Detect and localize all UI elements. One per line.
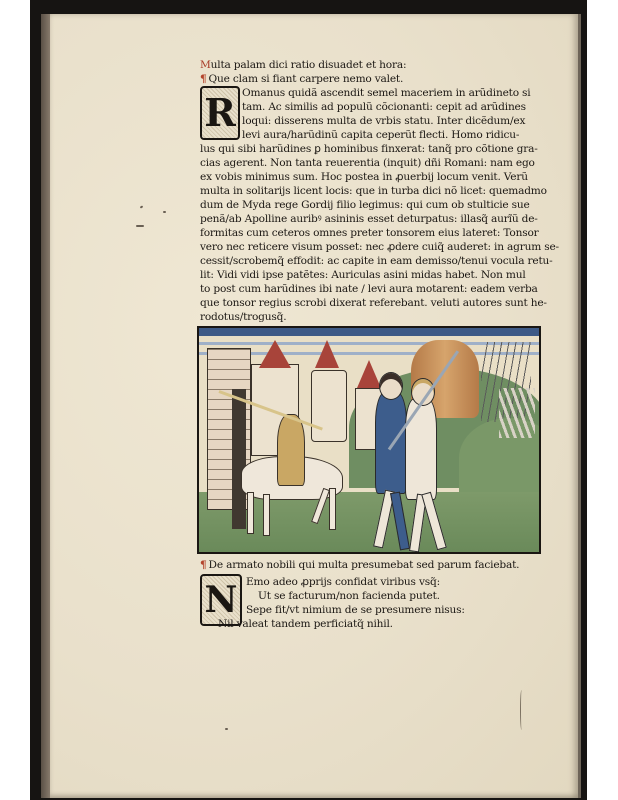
illustration-caption: ¶De armato nobili qui multa presumebat s… xyxy=(200,558,545,572)
prose-line: cias agerent. Non tanta reuerentia (inqu… xyxy=(200,156,545,170)
man-in-white xyxy=(405,398,437,500)
prose-line: dum de Myda rege Gordij filio legimus: q… xyxy=(200,198,545,212)
prose-line: penã/ab Apolline auribꝰ asininis esset d… xyxy=(200,212,545,226)
horse-leg xyxy=(247,492,254,534)
caption-line: ¶De armato nobili qui multa presumebat s… xyxy=(200,558,545,572)
caption-text: De armato nobili qui multa presumebat se… xyxy=(209,559,520,571)
red-roof xyxy=(357,360,381,388)
header-line-2: ¶Que clam si fiant carpere nemo valet. xyxy=(200,72,545,86)
prose-line: formitas cum ceteros omnes preter tonsor… xyxy=(200,226,545,240)
gate-doorway xyxy=(232,389,246,529)
pilcrow-rubric: ¶ xyxy=(200,559,207,571)
verse-line: Nil valeat tandem perficiatq̃ nihil. xyxy=(200,617,545,631)
prose-line: tam. Ac similis ad populũ cõcionanti: ce… xyxy=(200,100,545,114)
distant-soldiers xyxy=(499,388,535,438)
horse-leg xyxy=(329,488,336,530)
prose-line: cessit/scrobemq̃ effodit: ac capite in e… xyxy=(200,254,545,268)
red-roof xyxy=(315,340,339,368)
prose-line: vero nec reticere visum posset: nec ꝓder… xyxy=(200,240,545,254)
prose-line: rodotus/trogusq̃. xyxy=(200,310,545,324)
prose-line: ex vobis minimus sum. Hoc postea in ꝓuer… xyxy=(200,170,545,184)
woodcut-illustration xyxy=(197,326,541,554)
prose-line: que tonsor regius scrobi dixerat refereb… xyxy=(200,296,545,310)
paper-speck xyxy=(225,728,228,730)
paper-speck xyxy=(136,225,144,227)
prose-line: lus qui sibi harũdines ꝑ hominibus finxe… xyxy=(200,142,545,156)
header-couplet: Multa palam dici ratio disuadet et hora:… xyxy=(200,58,545,86)
prose-line: lit: Vidi vidi ipse patẽtes: Auriculas a… xyxy=(200,268,545,282)
page-right-edge xyxy=(578,14,581,798)
prose-line: levi aura/harũdinũ capita ceperũt flecti… xyxy=(200,128,545,142)
initial-letter: Q xyxy=(209,73,218,85)
header-text: ue clam si fiant carpere nemo valet. xyxy=(217,73,403,85)
horse-leg xyxy=(263,494,270,536)
main-prose: Omanus quidã ascendit semel maceriem in … xyxy=(200,86,545,324)
prose-line: Omanus quidã ascendit semel maceriem in … xyxy=(200,86,545,100)
verse-line: Sepe fit/vt nimium de se presumere nisus… xyxy=(200,603,545,617)
verse-line: Emo adeo ꝓprijs confidat viribus vsq̃: xyxy=(200,575,545,589)
armored-knight xyxy=(277,414,305,486)
head xyxy=(379,372,403,400)
header-line-1: Multa palam dici ratio disuadet et hora: xyxy=(200,58,545,72)
red-roof xyxy=(259,340,291,368)
initial-letter: M xyxy=(200,59,211,71)
prose-line: to post cum harũdines ibi nate / levi au… xyxy=(200,282,545,296)
prose-line: loqui: disserens multa de vrbis statu. I… xyxy=(200,114,545,128)
prose-line: multa in solitarijs licent locis: que in… xyxy=(200,184,545,198)
pilcrow-rubric: ¶ xyxy=(200,73,207,85)
verse-line: Ut se facturum/non facienda putet. xyxy=(200,589,545,603)
closing-verse: Emo adeo ꝓprijs confidat viribus vsq̃: U… xyxy=(200,575,545,631)
paper-crease xyxy=(520,690,523,730)
round-tower xyxy=(311,370,347,442)
paper-speck xyxy=(163,211,166,213)
header-text: ulta palam dici ratio disuadet et hora: xyxy=(211,59,407,71)
